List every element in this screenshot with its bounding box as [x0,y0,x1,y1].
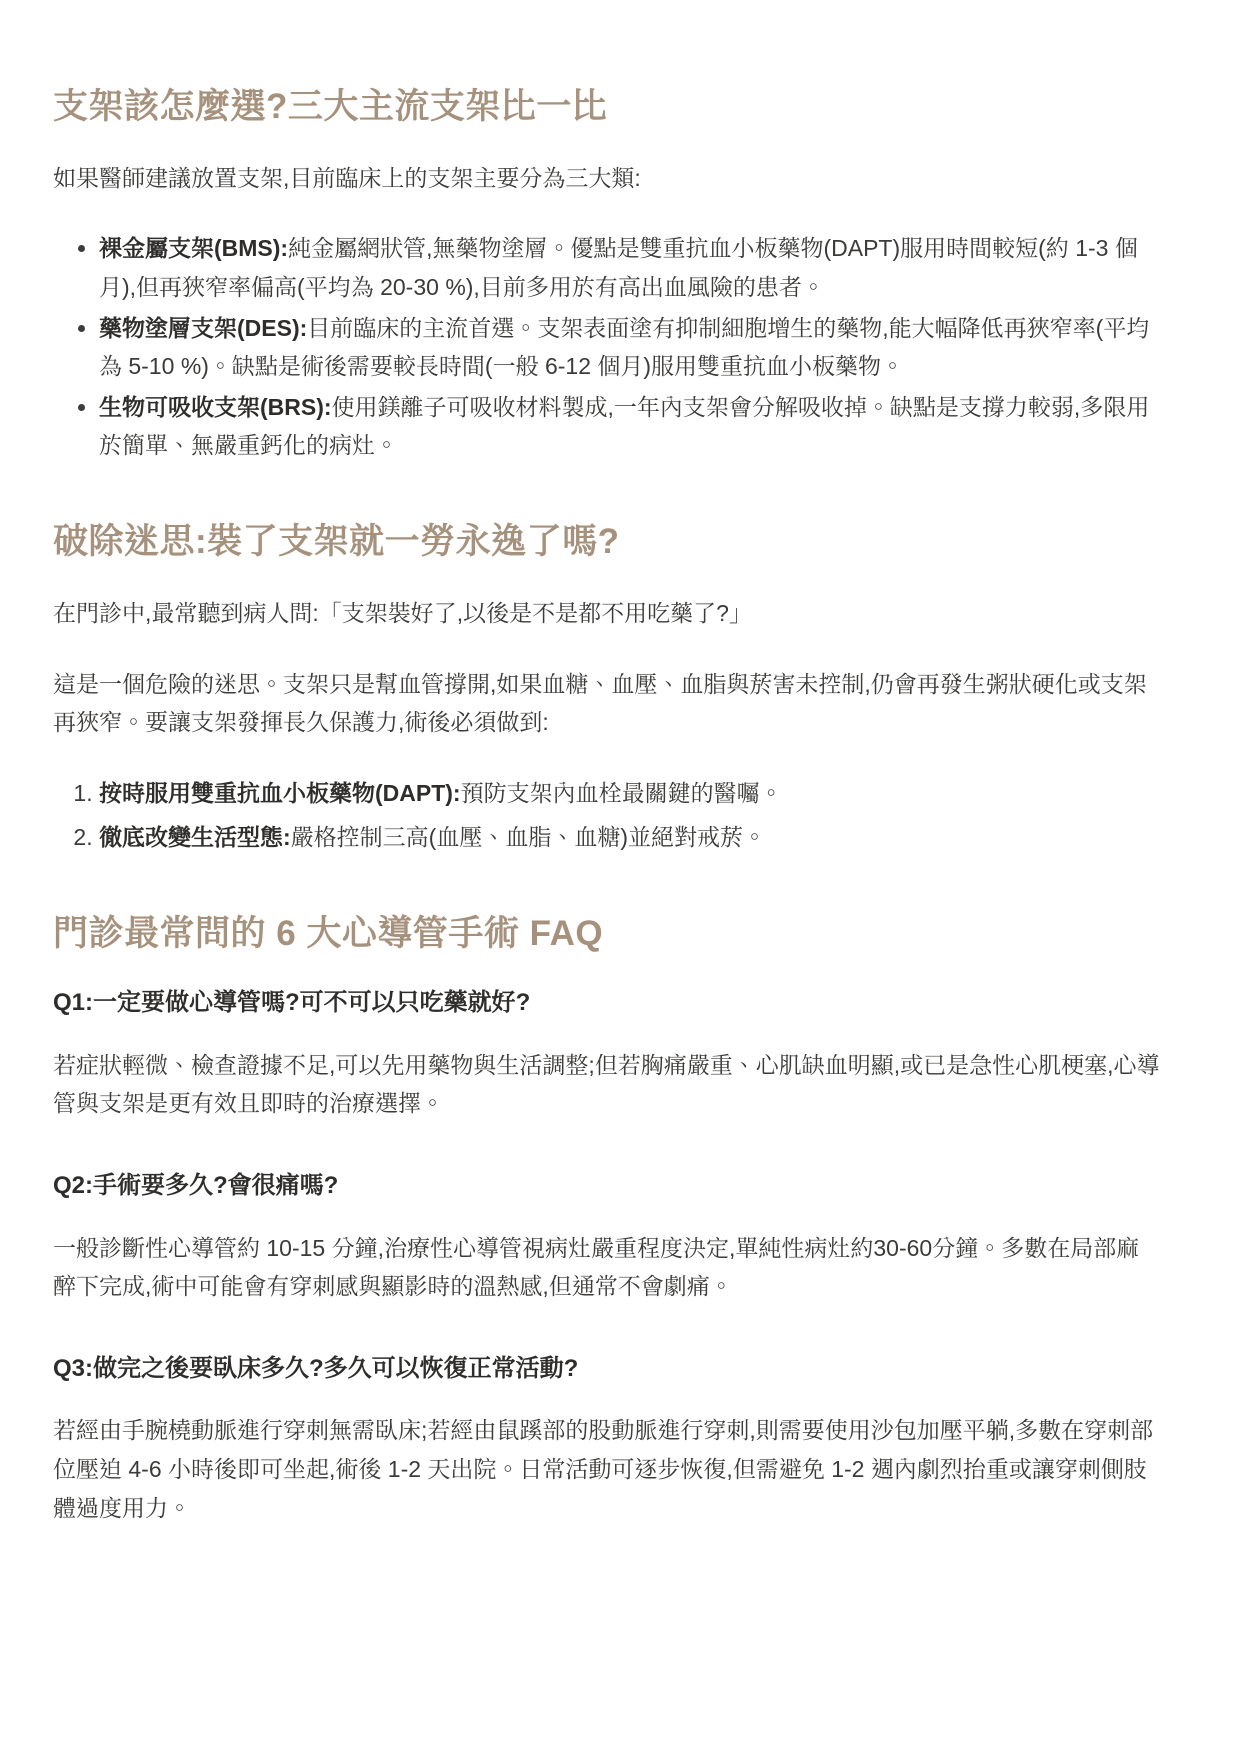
faq-item-q3: Q3:做完之後要臥床多久?多久可以恢復正常活動? 若經由手腕橈動脈進行穿刺無需臥… [53,1352,1161,1527]
myth-paragraph-2: 這是一個危險的迷思。支架只是幫血管撐開,如果血糖、血壓、血脂與菸害未控制,仍會再… [53,665,1161,742]
list-item-brs: 生物可吸收支架(BRS):使用鎂離子可吸收材料製成,一年內支架會分解吸收掉。缺點… [99,388,1161,464]
stent-comparison-intro: 如果醫師建議放置支架,目前臨床上的支架主要分為三大類: [53,159,1161,198]
faq-item-q1: Q1:一定要做心導管嗎?可不可以只吃藥就好? 若症狀輕微、檢查證據不足,可以先用… [53,986,1161,1123]
step-item-dapt: 按時服用雙重抗血小板藥物(DAPT):預防支架內血栓最關鍵的醫囑。 [99,774,1161,812]
section-stent-comparison: 支架該怎麼選?三大主流支架比一比 如果醫師建議放置支架,目前臨床上的支架主要分為… [53,85,1161,464]
stent-comparison-heading: 支架該怎麼選?三大主流支架比一比 [53,85,1161,129]
faq-heading: 門診最常問的 6 大心導管手術 FAQ [53,912,1161,956]
list-item-des-lead: 藥物塗層支架(DES): [99,315,307,341]
faq-q2-answer: 一般診斷性心導管約 10-15 分鐘,治療性心導管視病灶嚴重程度決定,單純性病灶… [53,1229,1161,1306]
faq-q3-question: Q3:做完之後要臥床多久?多久可以恢復正常活動? [53,1352,1161,1386]
stent-type-list: 裸金屬支架(BMS):純金屬網狀管,無藥物塗層。優點是雙重抗血小板藥物(DAPT… [53,229,1161,464]
post-op-step-list: 按時服用雙重抗血小板藥物(DAPT):預防支架內血栓最關鍵的醫囑。 徹底改變生活… [53,774,1161,856]
faq-q3-answer: 若經由手腕橈動脈進行穿刺無需臥床;若經由鼠蹊部的股動脈進行穿刺,則需要使用沙包加… [53,1411,1161,1527]
step-item-dapt-body: 預防支架內血栓最關鍵的醫囑。 [461,780,783,806]
list-item-des: 藥物塗層支架(DES):目前臨床的主流首選。支架表面塗有抑制細胞增生的藥物,能大… [99,309,1161,385]
step-item-dapt-lead: 按時服用雙重抗血小板藥物(DAPT): [99,780,461,806]
list-item-bms: 裸金屬支架(BMS):純金屬網狀管,無藥物塗層。優點是雙重抗血小板藥物(DAPT… [99,229,1161,305]
myth-paragraph-1: 在門診中,最常聽到病人問:「支架裝好了,以後是不是都不用吃藥了?」 [53,594,1161,633]
faq-q1-answer: 若症狀輕微、檢查證據不足,可以先用藥物與生活調整;但若胸痛嚴重、心肌缺血明顯,或… [53,1046,1161,1123]
step-item-lifestyle: 徹底改變生活型態:嚴格控制三高(血壓、血脂、血糖)並絕對戒菸。 [99,818,1161,856]
myth-busting-heading: 破除迷思:裝了支架就一勞永逸了嗎? [53,520,1161,564]
list-item-brs-lead: 生物可吸收支架(BRS): [99,394,332,420]
faq-item-q2: Q2:手術要多久?會很痛嗎? 一般診斷性心導管約 10-15 分鐘,治療性心導管… [53,1169,1161,1306]
faq-q2-question: Q2:手術要多久?會很痛嗎? [53,1169,1161,1203]
section-myth-busting: 破除迷思:裝了支架就一勞永逸了嗎? 在門診中,最常聽到病人問:「支架裝好了,以後… [53,520,1161,856]
faq-q1-question: Q1:一定要做心導管嗎?可不可以只吃藥就好? [53,986,1161,1020]
article-page: 支架該怎麼選?三大主流支架比一比 如果醫師建議放置支架,目前臨床上的支架主要分為… [0,0,1241,1755]
step-item-lifestyle-lead: 徹底改變生活型態: [99,824,291,850]
section-faq: 門診最常問的 6 大心導管手術 FAQ Q1:一定要做心導管嗎?可不可以只吃藥就… [53,912,1161,1527]
list-item-bms-lead: 裸金屬支架(BMS): [99,235,288,261]
step-item-lifestyle-body: 嚴格控制三高(血壓、血脂、血糖)並絕對戒菸。 [291,824,766,850]
